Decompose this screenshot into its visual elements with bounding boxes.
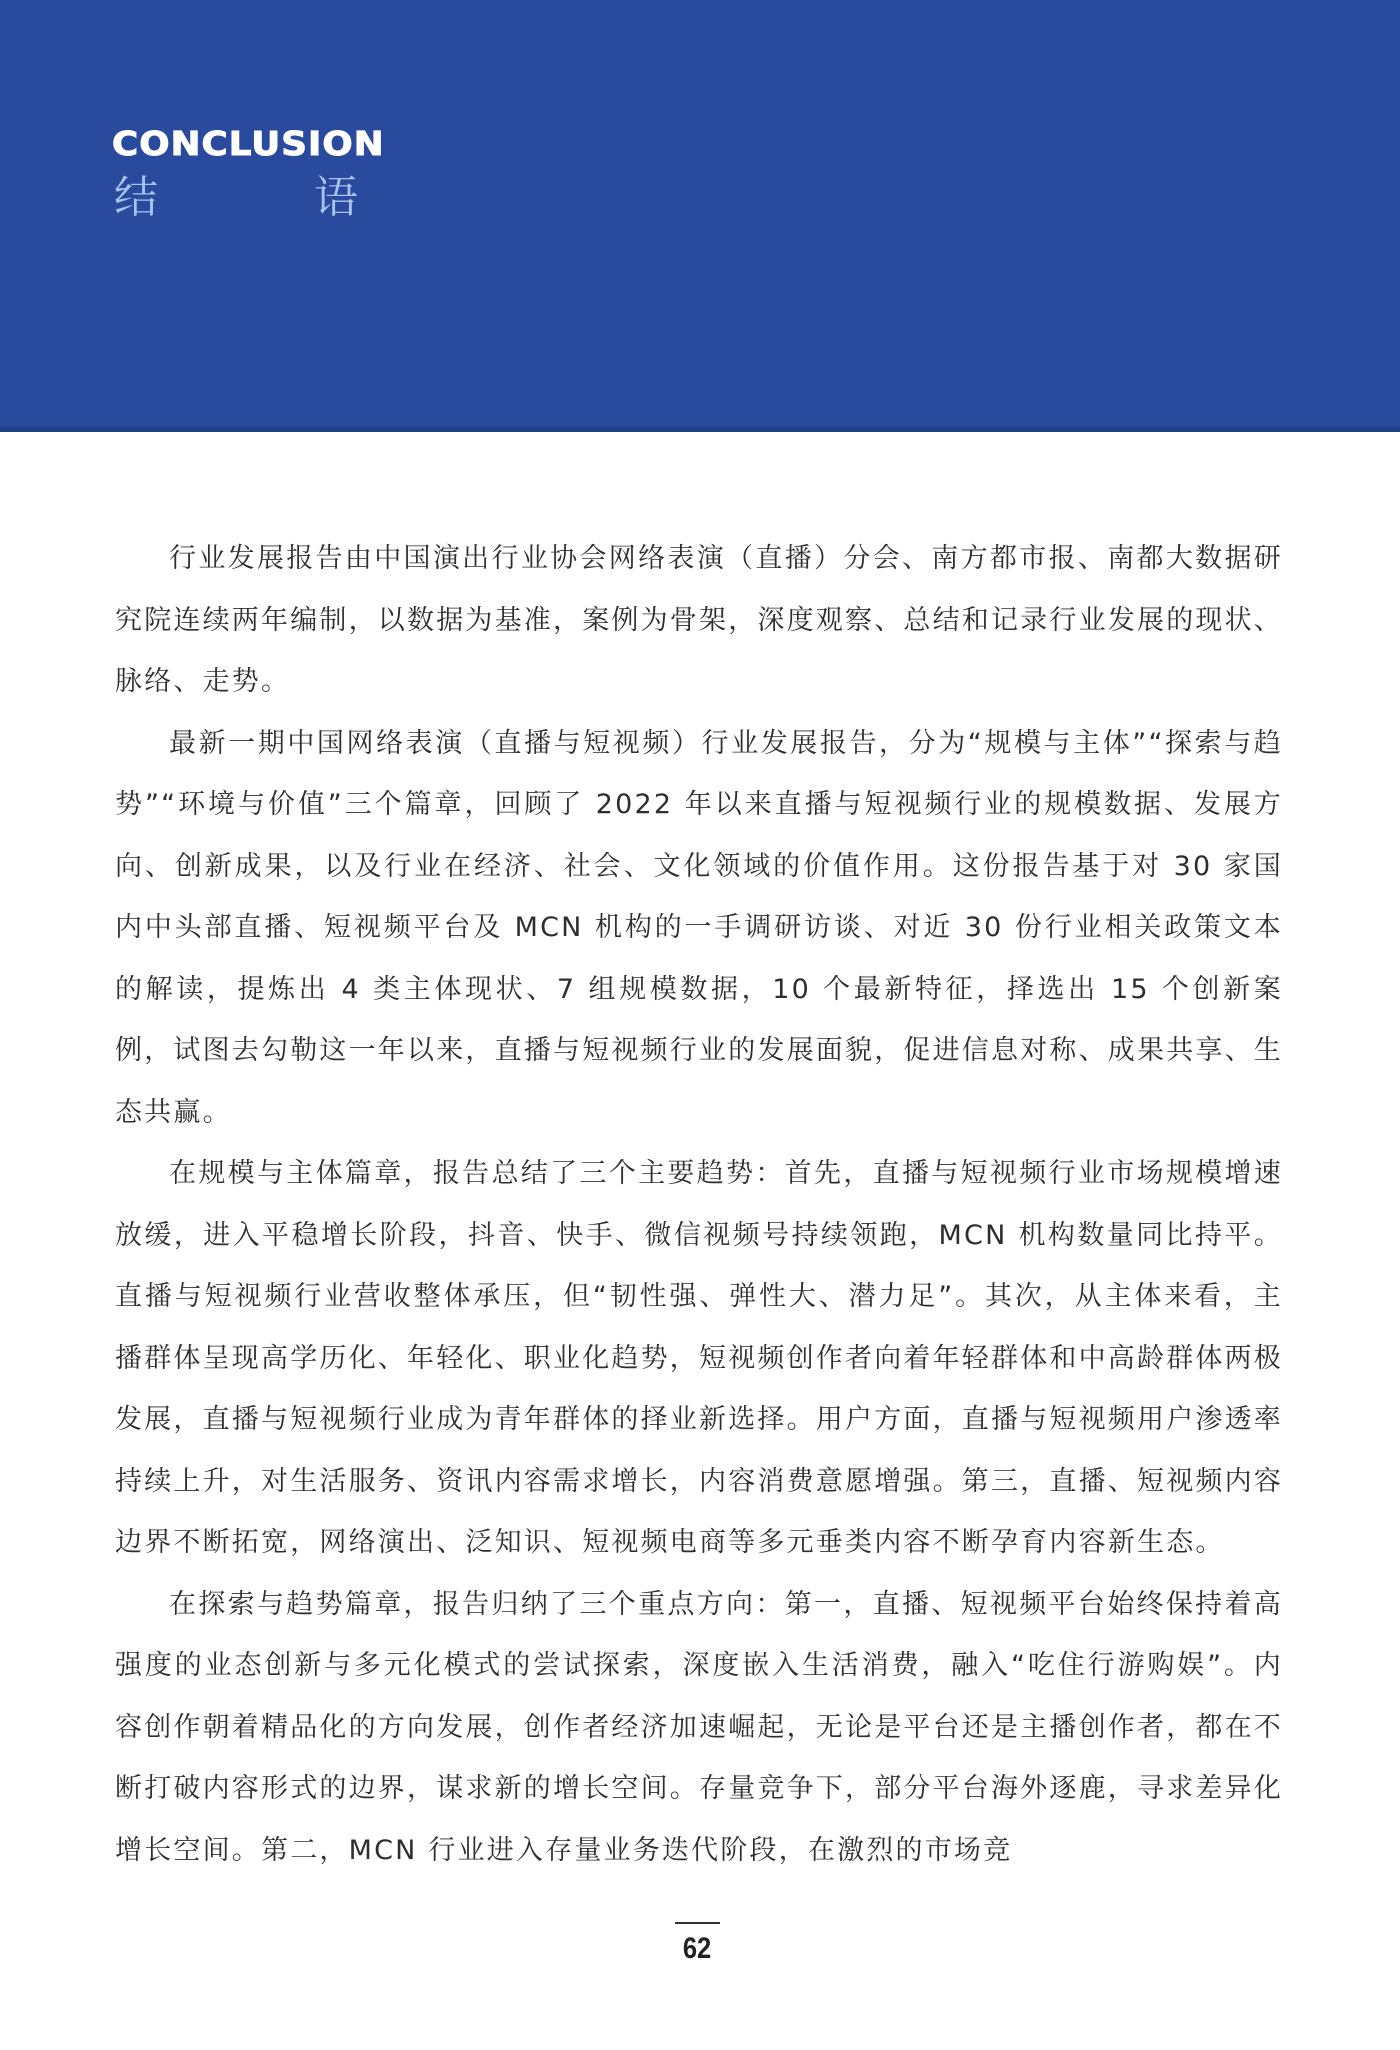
paragraph-4: 在探索与趋势篇章，报告归纳了三个重点方向：第一，直播、短视频平台始终保持着高强度… — [115, 1574, 1283, 1882]
paragraph-3: 在规模与主体篇章，报告总结了三个主要趋势：首先，直播与短视频行业市场规模增速放缓… — [115, 1143, 1283, 1574]
header-banner: CONCLUSION 结 语 — [0, 0, 1400, 432]
paragraph-1: 行业发展报告由中国演出行业协会网络表演（直播）分会、南方都市报、南都大数据研究院… — [115, 528, 1283, 713]
section-title-chinese-char-1: 结 — [114, 174, 158, 222]
body-text: 行业发展报告由中国演出行业协会网络表演（直播）分会、南方都市报、南都大数据研究院… — [115, 528, 1283, 1881]
page-number-rule — [675, 1922, 720, 1924]
section-title-english: CONCLUSION — [112, 126, 385, 162]
section-title-chinese-char-2: 语 — [314, 174, 358, 222]
banner-bottom-edge — [0, 426, 1400, 432]
paragraph-2: 最新一期中国网络表演（直播与短视频）行业发展报告，分为“规模与主体”“探索与趋势… — [115, 713, 1283, 1144]
page-number: 62 — [676, 1932, 719, 1966]
